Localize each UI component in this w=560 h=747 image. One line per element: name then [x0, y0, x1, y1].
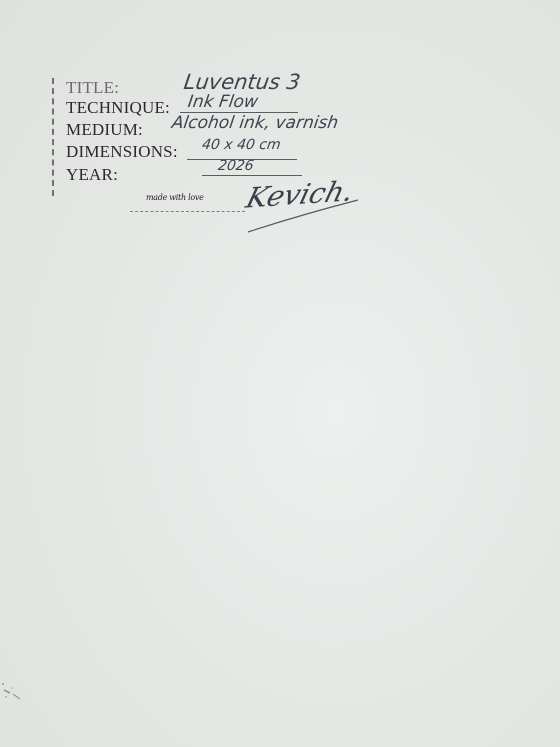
signature-swash — [0, 0, 560, 747]
paint-speck-mark — [0, 680, 30, 720]
